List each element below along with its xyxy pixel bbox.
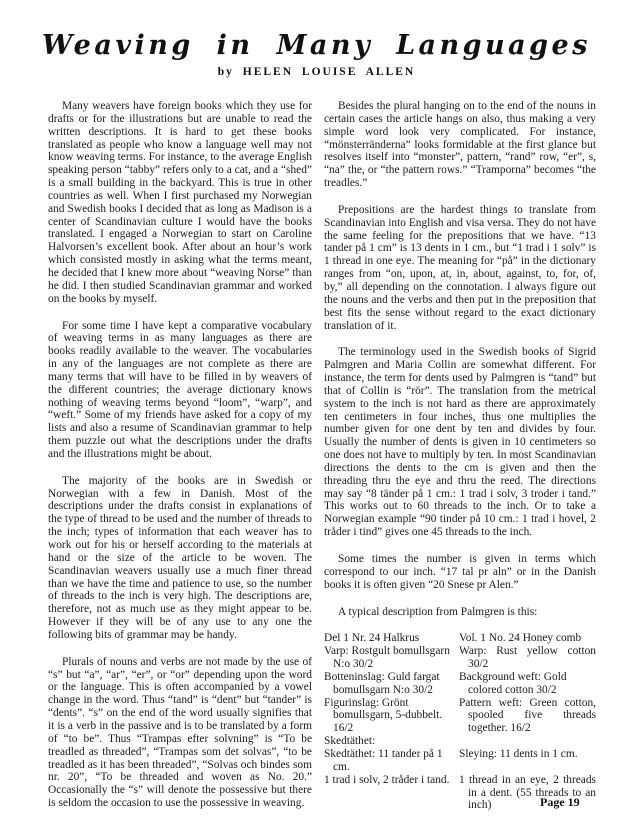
english-line — [459, 735, 596, 748]
swedish-line: Varp: Rostgult bomullsgarn N:o 30/2 — [324, 645, 459, 671]
paragraph: Prepositions are the hardest things to t… — [324, 204, 596, 332]
english-line: Vol. 1 No. 24 Honey comb — [459, 632, 596, 645]
english-line: Warp: Rust yellow cotton 30/2 — [459, 645, 596, 671]
description-table: Del 1 Nr. 24 Halkrus Vol. 1 No. 24 Honey… — [324, 632, 596, 812]
right-column: Besides the plural hanging on to the end… — [324, 100, 596, 812]
paragraph: Some times the number is given in terms … — [324, 553, 596, 592]
swedish-line: 1 trad i solv, 2 tråder i tand. — [324, 774, 459, 813]
paragraph: The majority of the books are in Swedish… — [48, 475, 312, 642]
english-line: Background weft: Gold colored cotton 30/… — [459, 671, 596, 697]
swedish-line: Skedtäthet: — [324, 735, 459, 748]
english-line: Pattern weft: Green cotton, spooled five… — [459, 697, 596, 736]
swedish-line: Figurinslag: Grönt bomullsgarn, 5-dubbel… — [324, 697, 459, 736]
left-column: Many weavers have foreign books which th… — [48, 100, 312, 820]
description-intro: A typical description from Palmgren is t… — [324, 606, 596, 619]
paragraph: Besides the plural hanging on to the end… — [324, 100, 596, 190]
paragraph: Plurals of nouns and verbs are not made … — [48, 656, 312, 810]
paragraph: The terminology used in the Swedish book… — [324, 346, 596, 539]
swedish-line: Skedtäthet: 11 tander på 1 cm. — [324, 748, 459, 774]
paragraph: For some time I have kept a comparative … — [48, 320, 312, 461]
article-title: Weaving in Many Languages — [0, 30, 633, 61]
article-byline: by HELEN LOUISE ALLEN — [0, 66, 633, 78]
paragraph: Many weavers have foreign books which th… — [48, 100, 312, 306]
swedish-line: Del 1 Nr. 24 Halkrus — [324, 632, 459, 645]
swedish-line: Botteninslag: Guld fargat bomullsgarn N:… — [324, 671, 459, 697]
english-line: Sleying: 11 dents in 1 cm. — [459, 748, 596, 774]
page-number: Page 19 — [540, 795, 580, 810]
